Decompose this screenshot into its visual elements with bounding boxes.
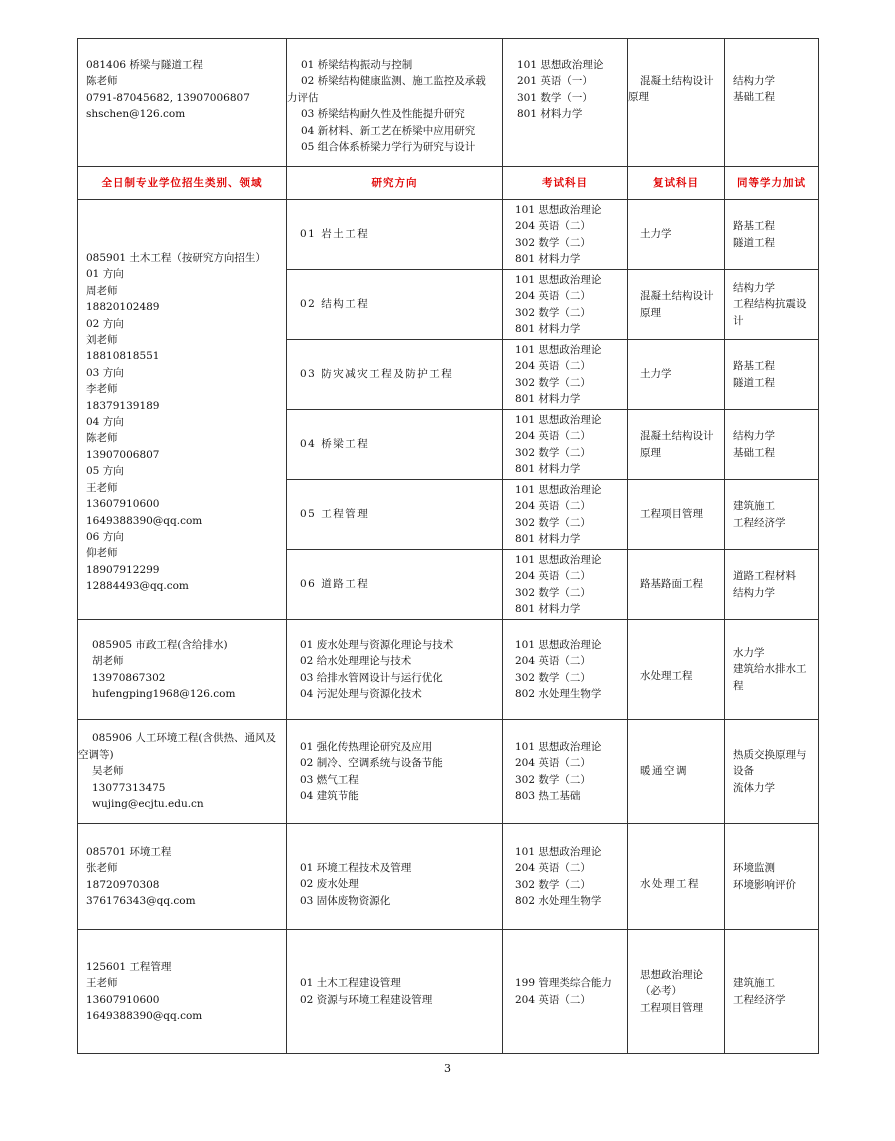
contact-name: 张老师 — [86, 860, 278, 876]
program-name: 085901 土木工程（按研究方向招生） — [86, 250, 278, 266]
exam-item: 101 思想政治理论 — [515, 482, 619, 498]
extra-subject: 隧道工程 — [733, 235, 810, 251]
extra-cell: 结构力学 基础工程 — [725, 39, 819, 167]
exam-item: 101 思想政治理论 — [515, 739, 619, 755]
exam-item: 101 思想政治理论 — [515, 552, 619, 568]
exam-item: 302 数学（二） — [515, 585, 619, 601]
retest-cell: 混凝土结构设计原理 — [628, 39, 725, 167]
contact-phone: 13607910600 — [86, 992, 278, 1008]
extra-subject: 道路工程材料 — [733, 568, 810, 584]
program-name: 125601 工程管理 — [86, 959, 278, 975]
exam-item: 204 英语（二） — [515, 568, 619, 584]
retest-subject: 思想政治理论（必考） — [640, 967, 722, 1000]
retest-cell: 土力学 — [628, 340, 725, 410]
direction-item: 03 桥梁结构耐久性及性能提升研究 — [287, 106, 494, 122]
direction-item: 01 环境工程技术及管理 — [300, 860, 494, 876]
program-name: 081406 桥梁与隧道工程 — [86, 57, 278, 73]
admissions-table: 081406 桥梁与隧道工程 陈老师 0791-87045682, 139070… — [77, 38, 819, 1054]
exam-item: 204 英语（二） — [515, 653, 619, 669]
contact-email: wujing@ecjtu.edu.cn — [78, 796, 278, 812]
contact-phone: 13077313475 — [78, 780, 278, 796]
extra-subject: 结构力学 — [733, 428, 810, 444]
program-line: 06 方向 — [86, 529, 278, 545]
extra-subject: 建筑施工 — [733, 498, 810, 514]
exams-cell: 101 思想政治理论 204 英语（二） 302 数学（二） 803 热工基础 — [503, 720, 628, 824]
retest-cell: 土力学 — [628, 200, 725, 270]
contact-email: 1649388390@qq.com — [86, 1008, 278, 1024]
exam-item: 802 水处理生物学 — [515, 686, 619, 702]
direction-item: 02 桥梁结构健康监测、施工监控及承载力评估 — [287, 73, 494, 106]
contact-email: hufengping1968@126.com — [92, 686, 278, 702]
program-line: 陈老师 — [86, 430, 278, 446]
exam-item: 302 数学（二） — [515, 235, 619, 251]
extra-subject: 热质交换原理与设备 — [733, 747, 816, 780]
header-program: 全日制专业学位招生类别、领域 — [78, 167, 287, 200]
retest-subject: 工程项目管理 — [640, 1000, 722, 1016]
exam-item: 204 英语（二） — [515, 358, 619, 374]
direction-item: 05 组合体系桥梁力学行为研究与设计 — [287, 139, 494, 155]
program-line: 仰老师 — [86, 545, 278, 561]
retest-cell: 水处理工程 — [628, 824, 725, 930]
extra-subject: 流体力学 — [733, 780, 816, 796]
contact-phone: 0791-87045682, 13907006807 — [86, 90, 278, 106]
extra-subject: 路基工程 — [733, 218, 810, 234]
direction-cell: 01 岩土工程 — [287, 200, 503, 270]
direction-cell: 05 工程管理 — [287, 480, 503, 550]
exams-cell: 101 思想政治理论 204 英语（二） 302 数学（二） 801 材料力学 — [503, 480, 628, 550]
exam-item: 801 材料力学 — [517, 106, 619, 122]
direction-item: 01 桥梁结构振动与控制 — [287, 57, 494, 73]
exams-cell: 101 思想政治理论 204 英语（二） 302 数学（二） 802 水处理生物… — [503, 824, 628, 930]
retest-cell: 路基路面工程 — [628, 550, 725, 620]
extra-subject: 建筑给水排水工程 — [733, 661, 816, 694]
exam-item: 801 材料力学 — [515, 531, 619, 547]
direction-item: 02 给水处理理论与技术 — [300, 653, 494, 669]
direction-item: 01 土木工程建设管理 — [300, 975, 494, 991]
program-line: 18810818551 — [86, 348, 278, 364]
extra-cell: 环境监测 环境影响评价 — [725, 824, 819, 930]
extra-subject: 工程经济学 — [733, 515, 810, 531]
retest-cell: 混凝土结构设计原理 — [628, 410, 725, 480]
contact-name: 王老师 — [86, 975, 278, 991]
program-line: 周老师 — [86, 283, 278, 299]
exam-item: 801 材料力学 — [515, 391, 619, 407]
extra-subject: 环境影响评价 — [733, 877, 810, 893]
direction-item: 03 固体废物资源化 — [300, 893, 494, 909]
exam-item: 801 材料力学 — [515, 321, 619, 337]
exams-cell: 101 思想政治理论 204 英语（二） 302 数学（二） 802 水处理生物… — [503, 620, 628, 720]
header-extra: 同等学力加试 — [725, 167, 819, 200]
exam-item: 101 思想政治理论 — [515, 412, 619, 428]
program-line: 12884493@qq.com — [86, 578, 278, 594]
contact-name: 陈老师 — [86, 73, 278, 89]
table-row: 125601 工程管理 王老师 13607910600 1649388390@q… — [78, 930, 819, 1054]
directions-cell: 01 废水处理与资源化理论与技术 02 给水处理理论与技术 03 给排水管网设计… — [287, 620, 503, 720]
exam-item: 204 英语（二） — [515, 218, 619, 234]
extra-subject: 基础工程 — [733, 89, 810, 105]
exams-cell: 101 思想政治理论 204 英语（二） 302 数学（二） 801 材料力学 — [503, 340, 628, 410]
contact-name: 胡老师 — [92, 653, 278, 669]
program-cell: 081406 桥梁与隧道工程 陈老师 0791-87045682, 139070… — [78, 39, 287, 167]
direction-item: 02 制冷、空调系统与设备节能 — [300, 755, 494, 771]
table-row: 085906 人工环境工程(含供热、通风及空调等) 吴老师 1307731347… — [78, 720, 819, 824]
program-line: 03 方向 — [86, 365, 278, 381]
program-line: 13607910600 — [86, 496, 278, 512]
exam-item: 801 材料力学 — [515, 461, 619, 477]
program-cell: 085901 土木工程（按研究方向招生） 01 方向 周老师 188201024… — [78, 200, 287, 620]
program-line: 13907006807 — [86, 447, 278, 463]
table-row: 085905 市政工程(含给排水) 胡老师 13970867302 hufeng… — [78, 620, 819, 720]
extra-subject: 水力学 — [733, 645, 816, 661]
direction-item: 01 强化传热理论研究及应用 — [300, 739, 494, 755]
program-line: 01 方向 — [86, 266, 278, 282]
retest-cell: 水处理工程 — [628, 620, 725, 720]
exams-cell: 101 思想政治理论 204 英语（二） 302 数学（二） 801 材料力学 — [503, 200, 628, 270]
exam-item: 199 管理类综合能力 — [515, 975, 619, 991]
exam-item: 101 思想政治理论 — [515, 202, 619, 218]
extra-subject: 结构力学 — [733, 585, 810, 601]
program-cell: 085701 环境工程 张老师 18720970308 376176343@qq… — [78, 824, 287, 930]
extra-subject: 基础工程 — [733, 445, 810, 461]
exam-item: 204 英语（二） — [515, 755, 619, 771]
extra-cell: 路基工程 隧道工程 — [725, 200, 819, 270]
extra-subject: 隧道工程 — [733, 375, 810, 391]
extra-cell: 建筑施工 工程经济学 — [725, 480, 819, 550]
exam-item: 204 英语（二） — [515, 860, 619, 876]
exam-item: 204 英语（二） — [515, 498, 619, 514]
program-name: 085906 人工环境工程(含供热、通风及空调等) — [78, 730, 278, 763]
exam-item: 302 数学（二） — [515, 305, 619, 321]
direction-item: 03 给排水管网设计与运行优化 — [300, 670, 494, 686]
exam-item: 801 材料力学 — [515, 601, 619, 617]
header-direction: 研究方向 — [287, 167, 503, 200]
exam-item: 101 思想政治理论 — [515, 342, 619, 358]
program-line: 刘老师 — [86, 332, 278, 348]
table-row: 081406 桥梁与隧道工程 陈老师 0791-87045682, 139070… — [78, 39, 819, 167]
exam-item: 302 数学（二） — [515, 515, 619, 531]
extra-cell: 热质交换原理与设备 流体力学 — [725, 720, 819, 824]
exam-item: 302 数学（二） — [515, 445, 619, 461]
exam-item: 204 英语（二） — [515, 288, 619, 304]
extra-subject: 结构力学 — [733, 73, 810, 89]
extra-subject: 路基工程 — [733, 358, 810, 374]
program-line: 05 方向 — [86, 463, 278, 479]
exam-item: 302 数学（二） — [515, 877, 619, 893]
program-cell: 085905 市政工程(含给排水) 胡老师 13970867302 hufeng… — [78, 620, 287, 720]
extra-cell: 水力学 建筑给水排水工程 — [725, 620, 819, 720]
table-row: 085901 土木工程（按研究方向招生） 01 方向 周老师 188201024… — [78, 200, 819, 270]
program-line: 18820102489 — [86, 299, 278, 315]
program-cell: 125601 工程管理 王老师 13607910600 1649388390@q… — [78, 930, 287, 1054]
direction-item: 04 建筑节能 — [300, 788, 494, 804]
exam-item: 302 数学（二） — [515, 670, 619, 686]
direction-cell: 04 桥梁工程 — [287, 410, 503, 480]
retest-cell: 混凝土结构设计原理 — [628, 270, 725, 340]
exams-cell: 101 思想政治理论 204 英语（二） 302 数学（二） 801 材料力学 — [503, 550, 628, 620]
retest-cell: 工程项目管理 — [628, 480, 725, 550]
table-row: 085701 环境工程 张老师 18720970308 376176343@qq… — [78, 824, 819, 930]
direction-item: 03 燃气工程 — [300, 772, 494, 788]
contact-email: 376176343@qq.com — [86, 893, 278, 909]
exam-item: 802 水处理生物学 — [515, 893, 619, 909]
header-exams: 考试科目 — [503, 167, 628, 200]
contact-email: shschen@126.com — [86, 106, 278, 122]
exam-item: 101 思想政治理论 — [515, 844, 619, 860]
program-line: 02 方向 — [86, 316, 278, 332]
directions-cell: 01 环境工程技术及管理 02 废水处理 03 固体废物资源化 — [287, 824, 503, 930]
program-name: 085905 市政工程(含给排水) — [92, 637, 278, 653]
exam-item: 302 数学（二） — [515, 772, 619, 788]
direction-cell: 06 道路工程 — [287, 550, 503, 620]
direction-item: 02 废水处理 — [300, 876, 494, 892]
direction-cell: 03 防灾减灾工程及防护工程 — [287, 340, 503, 410]
direction-item: 04 新材料、新工艺在桥梁中应用研究 — [287, 123, 494, 139]
program-line: 18907912299 — [86, 562, 278, 578]
exam-item: 101 思想政治理论 — [515, 637, 619, 653]
directions-cell: 01 强化传热理论研究及应用 02 制冷、空调系统与设备节能 03 燃气工程 0… — [287, 720, 503, 824]
extra-cell: 道路工程材料 结构力学 — [725, 550, 819, 620]
exam-item: 204 英语（二） — [515, 992, 619, 1008]
direction-cell: 02 结构工程 — [287, 270, 503, 340]
retest-subject: 混凝土结构设计原理 — [628, 73, 716, 106]
extra-subject: 建筑施工 — [733, 975, 810, 991]
exam-item: 301 数学（一） — [517, 90, 619, 106]
extra-cell: 路基工程 隧道工程 — [725, 340, 819, 410]
contact-phone: 13970867302 — [92, 670, 278, 686]
exam-item: 201 英语（一） — [517, 73, 619, 89]
program-line: 1649388390@qq.com — [86, 513, 278, 529]
contact-name: 吴老师 — [78, 763, 278, 779]
program-line: 04 方向 — [86, 414, 278, 430]
direction-item: 02 资源与环境工程建设管理 — [300, 992, 494, 1008]
program-name: 085701 环境工程 — [86, 844, 278, 860]
extra-subject: 结构力学 — [733, 280, 816, 296]
exams-cell: 101 思想政治理论 204 英语（二） 302 数学（二） 801 材料力学 — [503, 270, 628, 340]
exam-item: 801 材料力学 — [515, 251, 619, 267]
exam-item: 302 数学（二） — [515, 375, 619, 391]
program-line: 18379139189 — [86, 398, 278, 414]
extra-subject: 工程经济学 — [733, 992, 810, 1008]
extra-cell: 结构力学 基础工程 — [725, 410, 819, 480]
extra-subject: 工程结构抗震设计 — [733, 296, 816, 329]
page-number: 3 — [0, 1062, 895, 1075]
exam-item: 204 英语（二） — [515, 428, 619, 444]
table-header-row: 全日制专业学位招生类别、领域 研究方向 考试科目 复试科目 同等学力加试 — [78, 167, 819, 200]
exam-item: 101 思想政治理论 — [517, 57, 619, 73]
directions-cell: 01 土木工程建设管理 02 资源与环境工程建设管理 — [287, 930, 503, 1054]
exam-item: 101 思想政治理论 — [515, 272, 619, 288]
contact-phone: 18720970308 — [86, 877, 278, 893]
extra-cell: 建筑施工 工程经济学 — [725, 930, 819, 1054]
header-retest: 复试科目 — [628, 167, 725, 200]
exams-cell: 101 思想政治理论 204 英语（二） 302 数学（二） 801 材料力学 — [503, 410, 628, 480]
retest-cell: 思想政治理论（必考） 工程项目管理 — [628, 930, 725, 1054]
extra-cell: 结构力学 工程结构抗震设计 — [725, 270, 819, 340]
program-cell: 085906 人工环境工程(含供热、通风及空调等) 吴老师 1307731347… — [78, 720, 287, 824]
extra-subject: 环境监测 — [733, 860, 810, 876]
direction-item: 04 污泥处理与资源化技术 — [300, 686, 494, 702]
exam-item: 803 热工基础 — [515, 788, 619, 804]
exams-cell: 199 管理类综合能力 204 英语（二） — [503, 930, 628, 1054]
program-line: 王老师 — [86, 480, 278, 496]
direction-item: 01 废水处理与资源化理论与技术 — [300, 637, 494, 653]
document-page: 081406 桥梁与隧道工程 陈老师 0791-87045682, 139070… — [0, 0, 895, 1141]
exams-cell: 101 思想政治理论 201 英语（一） 301 数学（一） 801 材料力学 — [503, 39, 628, 167]
directions-cell: 01 桥梁结构振动与控制 02 桥梁结构健康监测、施工监控及承载力评估 03 桥… — [287, 39, 503, 167]
program-line: 李老师 — [86, 381, 278, 397]
retest-cell: 暖通空调 — [628, 720, 725, 824]
